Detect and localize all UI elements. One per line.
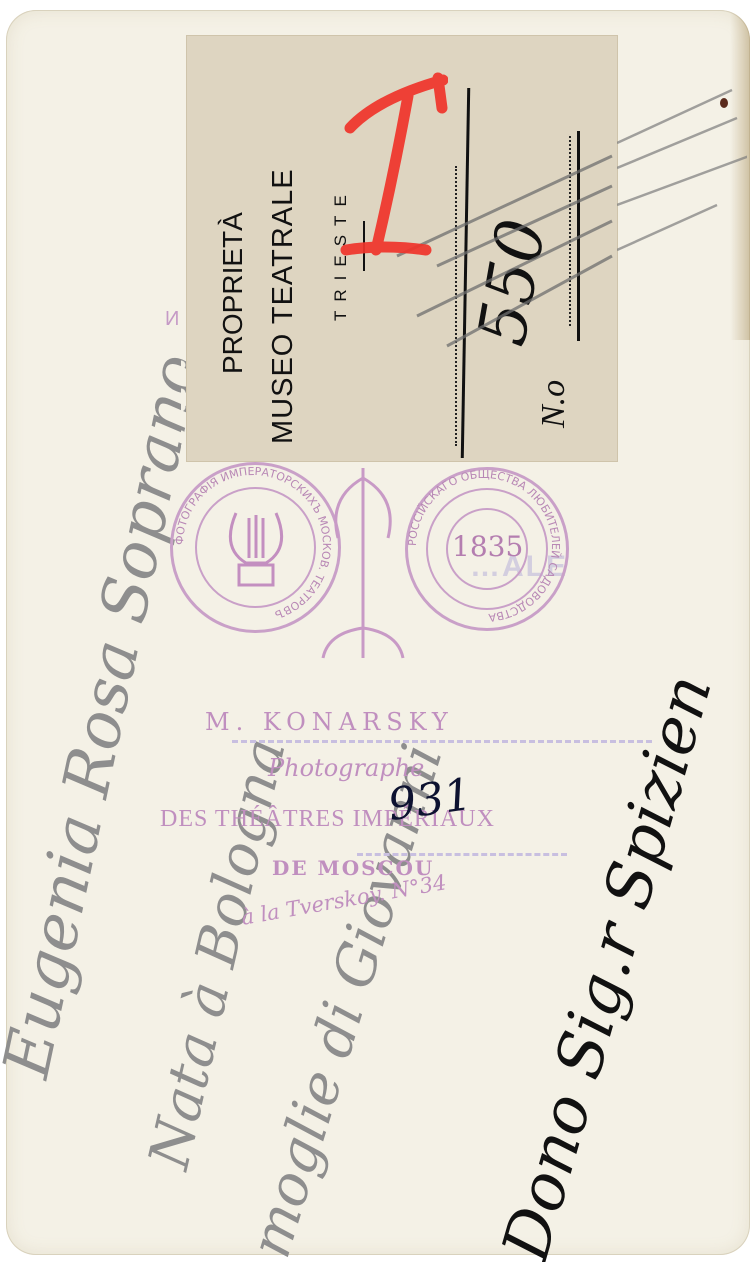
label-perforation [181,36,193,461]
pencil-strike-lines-overflow [617,80,747,280]
seal-left-ring-text: ФОТОГРАФIЯ ИМПЕРАТОРСКИХЪ МОСКОВ. ТЕАТРО… [168,460,338,630]
label-line-museum: MUSEO TEATRALE [267,168,300,444]
photographer-name: M. KONARSKY [205,708,454,736]
label-number-prefix: N.o [535,380,573,428]
ornament-flourish [318,458,408,678]
svg-text:ФОТОГРАФIЯ ИМПЕРАТОРСКИХЪ МОСК: ФОТОГРАФIЯ ИМПЕРАТОРСКИХЪ МОСКОВ. ТЕАТРО… [173,465,333,621]
red-pencil-mark-icon [338,68,448,258]
dashed-rule [232,740,652,743]
svg-text:РОССIЙСКАГО ОБЩЕСТВА ЛЮБИТЕЛЕЙ: РОССIЙСКАГО ОБЩЕСТВА ЛЮБИТЕЛЕЙ САДОВОДСТ… [406,468,562,624]
stray-letter: И [165,308,179,331]
seal-right-ring-text: РОССIЙСКАГО ОБЩЕСТВА ЛЮБИТЕЛЕЙ САДОВОДСТ… [402,464,567,629]
label-line-property: PROPRIETÀ [217,212,249,374]
